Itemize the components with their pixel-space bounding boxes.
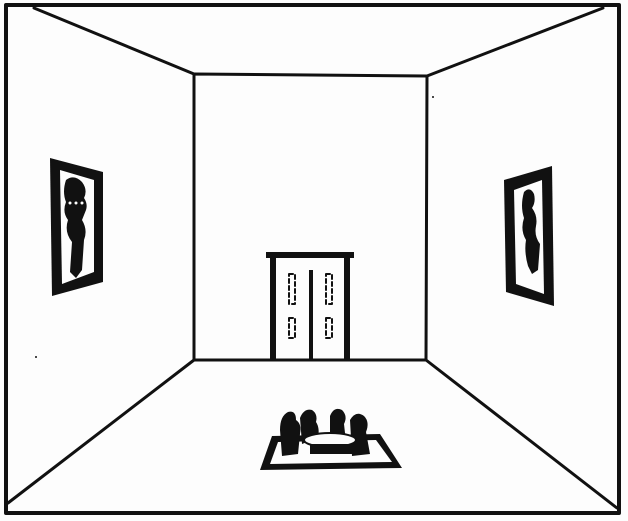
floor-edge-right — [426, 360, 617, 508]
table-group — [260, 409, 402, 470]
left-wall-picture — [50, 158, 103, 296]
speck — [432, 96, 434, 98]
ceiling-edge-left — [34, 8, 194, 74]
floor-edge-left — [8, 360, 194, 503]
right-wall-picture — [504, 166, 554, 306]
room-drawing — [0, 0, 628, 521]
back-wall-door — [266, 252, 354, 360]
speck — [35, 356, 37, 358]
ceiling-edge-right — [427, 8, 603, 76]
